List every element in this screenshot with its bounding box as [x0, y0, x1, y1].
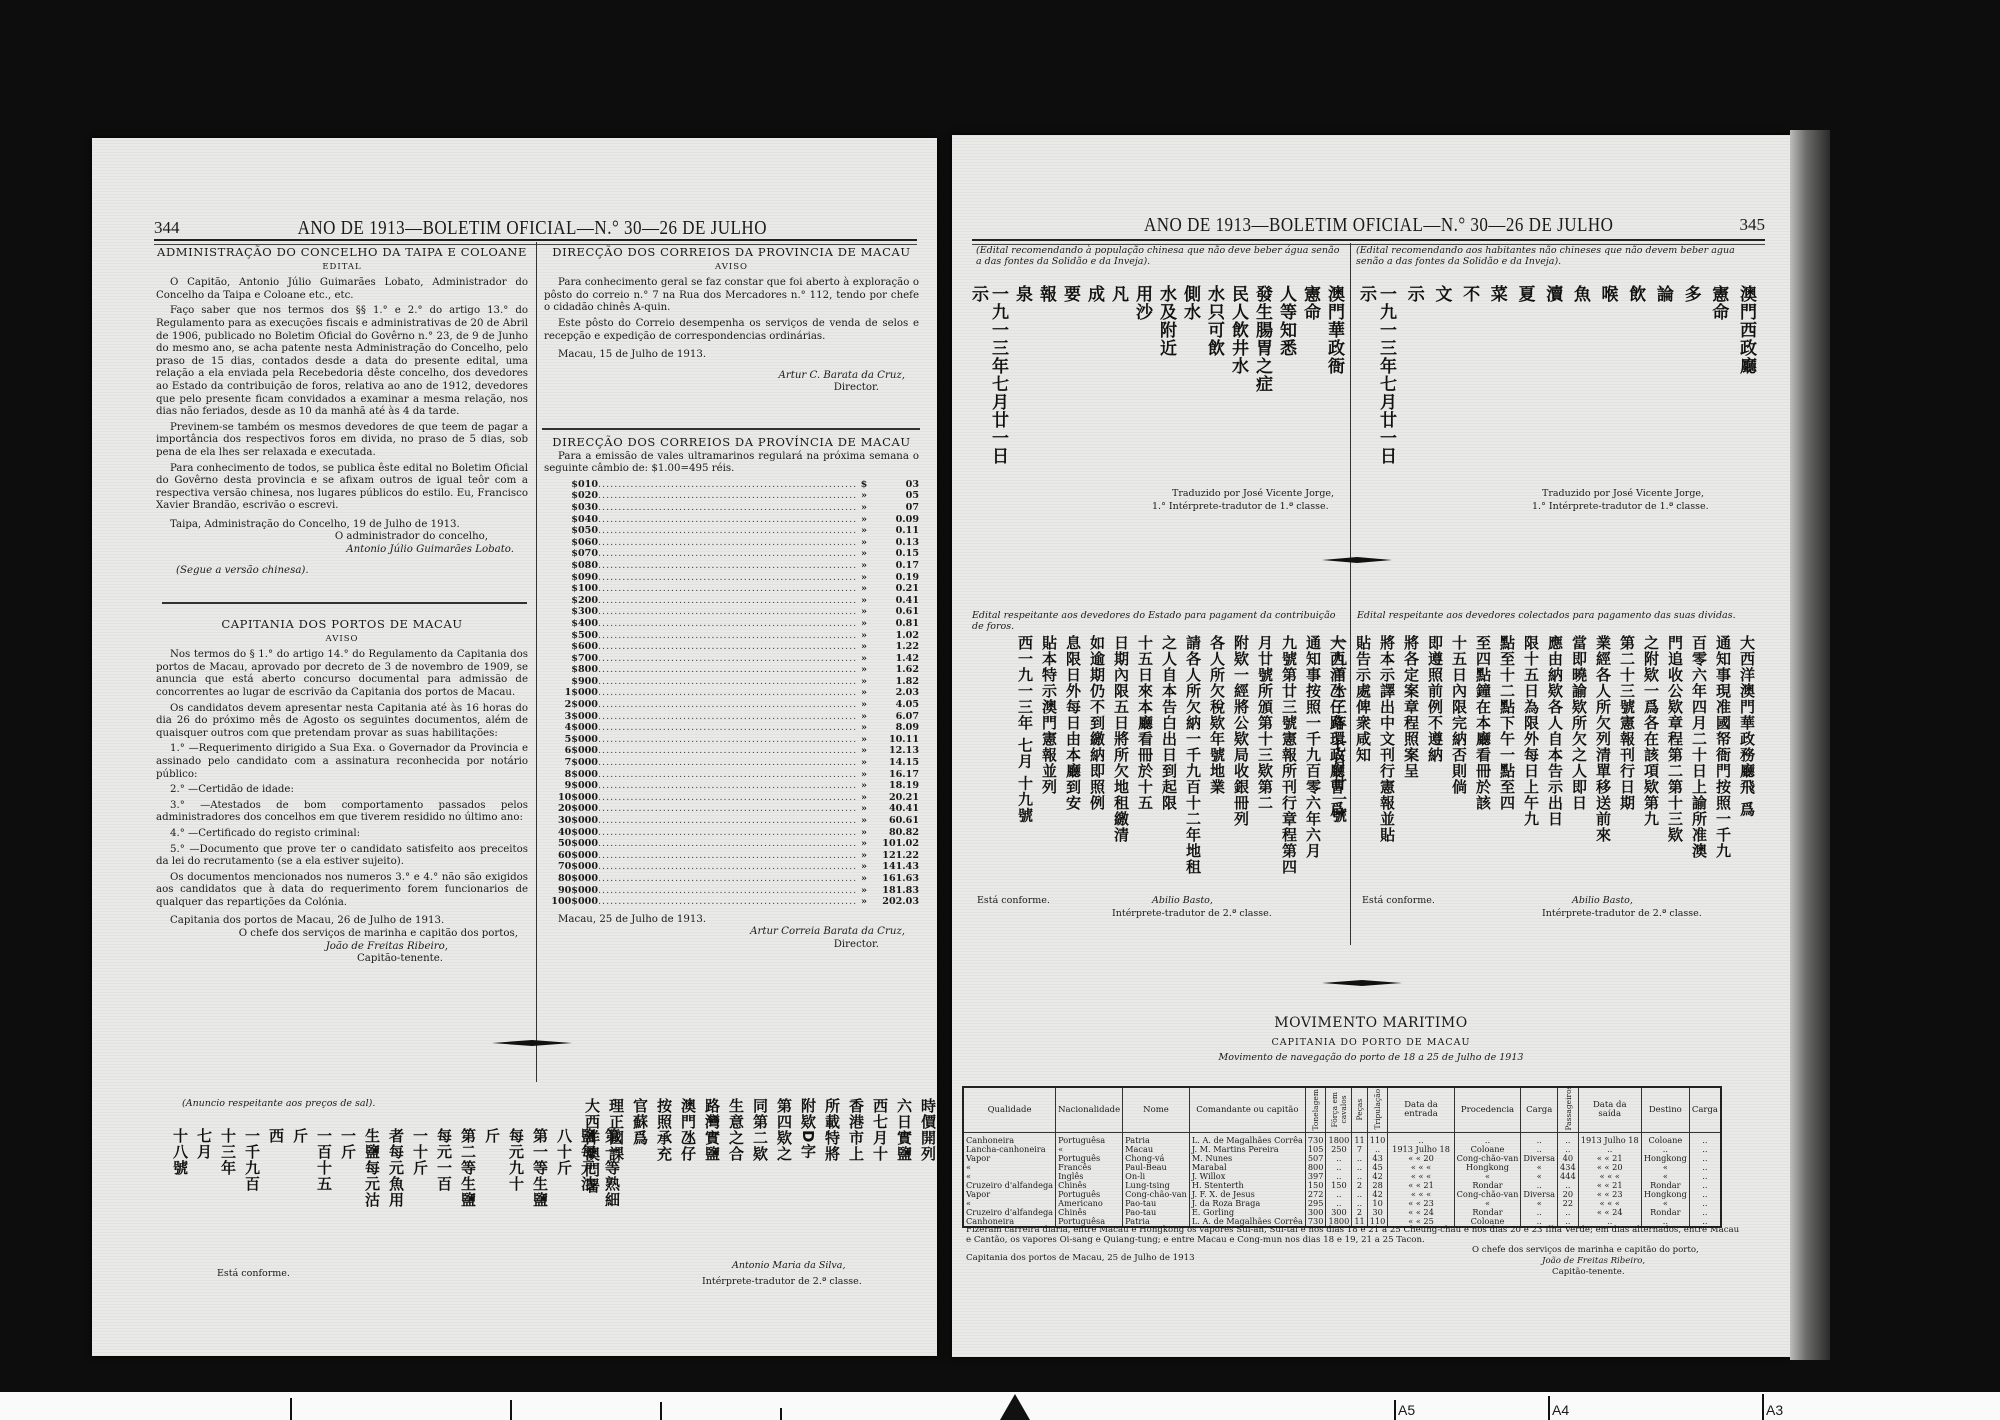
- capitania-heading: CAPITANIA DOS PORTOS DE MACAU: [156, 618, 528, 631]
- capitania-notice: CAPITANIA DOS PORTOS DE MACAU AVISO Nos …: [156, 616, 528, 966]
- chinese-text-column: 通知事按照一千九百零六年六月: [1303, 635, 1323, 885]
- rate-value: 40.41: [871, 803, 919, 815]
- column-header: Destino: [1641, 1087, 1689, 1133]
- signature-title: Intérprete-tradutor de 2.ª classe.: [1542, 908, 1702, 919]
- page-number: 345: [1740, 215, 1766, 235]
- chinese-text-column: 官蘇爲: [630, 1098, 650, 1218]
- currency-mark: »: [857, 896, 871, 908]
- rate-amount: 60$000: [550, 850, 598, 862]
- currency-mark: »: [857, 861, 871, 873]
- chinese-text-column: 大西洋澳門華政務廳飛 爲: [1737, 635, 1757, 885]
- chinese-text-column: 之附欵一爲各在該項欵第九: [1641, 635, 1661, 885]
- rate-value: 1.62: [871, 664, 919, 676]
- chinese-text-column: 澳門華政衙: [1324, 285, 1344, 475]
- currency-mark: »: [857, 699, 871, 711]
- rate-row: $800....................................…: [550, 664, 919, 676]
- chinese-text-column: 第二十三號憲報刊行日期: [1617, 635, 1637, 885]
- chinese-text-column: 鹽每元沽: [578, 1128, 598, 1238]
- tick-mark: [1762, 1394, 1764, 1420]
- maritime-section: MOVIMENTO MARITIMO CAPITANIA DO PORTO DE…: [952, 1015, 1790, 1063]
- currency-mark: »: [857, 502, 871, 514]
- chinese-text-column: 一九百十三年 七月 廿一號: [1329, 635, 1349, 885]
- rate-row: $500....................................…: [550, 630, 919, 642]
- rate-amount: 1$000: [550, 687, 598, 699]
- maritime-subtitle: CAPITANIA DO PORTO DE MACAU: [952, 1037, 1790, 1048]
- chinese-text-column: 瀆: [1542, 285, 1562, 475]
- leader-dots: ........................................…: [598, 583, 857, 595]
- translator-title: 1.° Intérprete-tradutor de 1.ª classe.: [1532, 501, 1709, 512]
- chinese-text-column: 論: [1653, 285, 1673, 475]
- strip-label: A3: [1766, 1402, 1783, 1418]
- chinese-text-column: 一千九百: [242, 1128, 262, 1238]
- list-item: 3.° —Atestados de bom comportamento pass…: [156, 800, 528, 825]
- rate-value: 4.05: [871, 699, 919, 711]
- ornament-divider: [1322, 980, 1402, 986]
- column-header: Data da entrada: [1388, 1087, 1454, 1133]
- left-running-header: 344 ANO DE 1913—BOLETIM OFICIAL—N.° 30—2…: [154, 216, 917, 238]
- chinese-text-column: 文: [1431, 285, 1451, 475]
- signature-title: Intérprete-tradutor de 2.ª classe.: [1112, 908, 1272, 919]
- chinese-text-column: 一百十五: [314, 1128, 334, 1238]
- currency-mark: »: [857, 630, 871, 642]
- chinese-text-column: 凡: [1108, 285, 1128, 475]
- chinese-text-column: 同第二欵: [750, 1098, 770, 1218]
- salt-chinese-left: 第一等熟細鹽每元沽八十斤第一等生鹽每元九十斤第二等生鹽每元一百一十斤者每元魚用生…: [170, 1128, 622, 1238]
- rate-row: $030....................................…: [550, 502, 919, 514]
- currency-mark: »: [857, 722, 871, 734]
- column-header: Passageiros: [1558, 1087, 1579, 1133]
- chinese-text-column: 當即曉諭欵所欠之人即日: [1569, 635, 1589, 885]
- ornament-divider: [1322, 557, 1392, 563]
- currency-mark: »: [857, 490, 871, 502]
- rate-row: 8$000...................................…: [550, 769, 919, 781]
- chinese-text-column: 斤: [290, 1128, 310, 1238]
- rate-row: 70$000..................................…: [550, 861, 919, 873]
- paragraph: Este pôsto do Correio desempenha os serv…: [544, 318, 919, 343]
- chinese-text-column: 路灣實鹽: [702, 1098, 722, 1218]
- currency-mark: »: [857, 792, 871, 804]
- column-header: Carga: [1521, 1087, 1558, 1133]
- translator-credit: Traduzido por José Vicente Jorge,: [1172, 488, 1334, 499]
- rate-value: 0.15: [871, 548, 919, 560]
- currency-mark: »: [857, 873, 871, 885]
- chinese-text-column: 喉: [1598, 285, 1618, 475]
- paragraph: Os candidatos devem apresentar nesta Cap…: [156, 703, 528, 741]
- currency-mark: »: [857, 687, 871, 699]
- currency-mark: »: [857, 664, 871, 676]
- leader-dots: ........................................…: [598, 711, 857, 723]
- water-notice-chinese: 澳門華政衙憲命人等知悉發生腸胃之症民人飲井水水只可飲側水水及附近用沙凡成要報泉一…: [976, 285, 1344, 475]
- rate-row: 6$000...................................…: [550, 745, 919, 757]
- leader-dots: ........................................…: [598, 630, 857, 642]
- currency-mark: »: [857, 537, 871, 549]
- leader-dots: ........................................…: [598, 850, 857, 862]
- conformity-note: Está conforme.: [1362, 895, 1435, 906]
- right-running-header: ANO DE 1913—BOLETIM OFICIAL—N.° 30—26 DE…: [974, 213, 1765, 235]
- rate-amount: $080: [550, 560, 598, 572]
- chinese-text-column: 點至十二點下午一點至四: [1497, 635, 1517, 885]
- column-header: Peças: [1352, 1087, 1367, 1133]
- leader-dots: ........................................…: [598, 479, 857, 491]
- rate-value: 202.03: [871, 896, 919, 908]
- chinese-text-column: 門追收公欵章程第二第十三欵: [1665, 635, 1685, 885]
- chinese-text-column: 如逾期仍不到繳納即照例: [1087, 635, 1107, 885]
- chinese-text-column: 飲: [1625, 285, 1645, 475]
- chinese-text-column: 按照承充: [654, 1098, 674, 1218]
- rate-amount: $500: [550, 630, 598, 642]
- signature-name: João de Freitas Ribeiro,: [156, 941, 448, 954]
- center-marker: [1000, 1394, 1030, 1420]
- rate-value: 16.17: [871, 769, 919, 781]
- chinese-text-column: 第二等生鹽: [458, 1128, 478, 1238]
- section-divider: [162, 602, 527, 604]
- rate-amount: $030: [550, 502, 598, 514]
- rate-value: 181.83: [871, 885, 919, 897]
- rate-row: $010....................................…: [550, 479, 919, 491]
- rate-value: 6.07: [871, 711, 919, 723]
- taipa-heading: ADMINISTRAÇÃO DO CONCELHO DA TAIPA E COL…: [156, 246, 528, 259]
- currency-mark: »: [857, 606, 871, 618]
- chinese-text-column: 不: [1459, 285, 1479, 475]
- leader-dots: ........................................…: [598, 838, 857, 850]
- paragraph: Para conhecimento de todos, se publica ê…: [156, 463, 528, 513]
- chinese-text-column: 十八號: [170, 1128, 190, 1238]
- currency-mark: »: [857, 827, 871, 839]
- column-divider: [1350, 605, 1351, 945]
- currency-mark: »: [857, 560, 871, 572]
- rate-row: $700....................................…: [550, 653, 919, 665]
- leader-dots: ........................................…: [598, 873, 857, 885]
- translator-title: 1.° Intérprete-tradutor de 1.ª classe.: [1152, 501, 1329, 512]
- exchange-intro: Para a emissão de vales ultramarinos reg…: [544, 451, 919, 476]
- chinese-text-column: 每元九十: [506, 1128, 526, 1238]
- rate-row: 2$000...................................…: [550, 699, 919, 711]
- rate-amount: $400: [550, 618, 598, 630]
- rate-row: $050....................................…: [550, 525, 919, 537]
- currency-mark: »: [857, 769, 871, 781]
- currency-mark: »: [857, 583, 871, 595]
- rate-row: 10$000..................................…: [550, 792, 919, 804]
- rate-value: 141.43: [871, 861, 919, 873]
- rate-row: 90$000..................................…: [550, 885, 919, 897]
- rate-row: 50$000..................................…: [550, 838, 919, 850]
- chinese-text-column: 百零六年四月二十日上諭所准澳: [1689, 635, 1709, 885]
- page-number: 344: [154, 218, 180, 238]
- chinese-text-column: 要: [1060, 285, 1080, 475]
- taipa-subheading: EDITAL: [156, 261, 528, 274]
- leader-dots: ........................................…: [598, 514, 857, 526]
- date-line: Capitania dos portos de Macau, 26 de Jul…: [156, 915, 528, 928]
- leader-dots: ........................................…: [598, 815, 857, 827]
- signature-name: Artur Correia Barata da Cruz,: [544, 926, 905, 939]
- chinese-text-column: 至四點鐘在本廳看冊於該: [1473, 635, 1493, 885]
- paragraph: Faço saber que nos termos dos §§ 1.° e 2…: [156, 305, 528, 418]
- column-header: Nacionalidade: [1056, 1087, 1123, 1133]
- chinese-text-column: 人等知悉: [1276, 285, 1296, 475]
- debtors-collected-caption: Edital respeitante aos devedores colecta…: [1357, 610, 1752, 621]
- currency-mark: »: [857, 815, 871, 827]
- column-header: Qualidade: [963, 1087, 1056, 1133]
- signature-name: Antonio Maria da Silva,: [732, 1260, 845, 1271]
- leader-dots: ........................................…: [598, 618, 857, 630]
- rate-value: 0.11: [871, 525, 919, 537]
- signature-title: Director.: [544, 939, 879, 952]
- currency-mark: »: [857, 514, 871, 526]
- leader-dots: ........................................…: [598, 827, 857, 839]
- rate-value: 2.03: [871, 687, 919, 699]
- rate-value: 0.09: [871, 514, 919, 526]
- leader-dots: ........................................…: [598, 722, 857, 734]
- water-notice-caption: (Edital recomendando à população chinesa…: [976, 245, 1344, 267]
- rate-value: 101.02: [871, 838, 919, 850]
- column-divider: [1350, 243, 1351, 653]
- list-item: 1.° —Requerimento dirigido a Sua Exa. o …: [156, 743, 528, 781]
- rate-value: 1.02: [871, 630, 919, 642]
- currency-mark: »: [857, 641, 871, 653]
- chinese-text-column: 附欵D字: [798, 1098, 818, 1218]
- date-line: Taipa, Administração do Concelho, 19 de …: [156, 519, 528, 532]
- water-notice-caption: (Edital recomendando aos habitantes não …: [1356, 245, 1756, 267]
- leader-dots: ........................................…: [598, 769, 857, 781]
- signature-name: João de Freitas Ribeiro,: [1542, 1256, 1645, 1267]
- paragraph: Previnem-se também os mesmos devedores d…: [156, 422, 528, 460]
- table-cell: «: [963, 1163, 1056, 1172]
- leader-dots: ........................................…: [598, 653, 857, 665]
- chinese-text-column: 之人自本告白出日到起限: [1159, 635, 1179, 885]
- rate-amount: 8$000: [550, 769, 598, 781]
- paragraph: Nos termos do § 1.° do artigo 14.° do Re…: [156, 649, 528, 699]
- currency-mark: »: [857, 572, 871, 584]
- rate-row: 20$000..................................…: [550, 803, 919, 815]
- leader-dots: ........................................…: [598, 572, 857, 584]
- chinese-text-column: 貼本特示澳門憲報並列: [1039, 635, 1059, 885]
- rate-row: 5$000...................................…: [550, 734, 919, 746]
- follows-note: (Segue a versão chinesa).: [176, 565, 528, 578]
- chinese-text-column: 水及附近: [1156, 285, 1176, 475]
- rate-row: 7$000...................................…: [550, 757, 919, 769]
- chinese-text-column: 西: [266, 1128, 286, 1238]
- rate-row: $300....................................…: [550, 606, 919, 618]
- currency-mark: »: [857, 757, 871, 769]
- chinese-text-column: 請各人所欠納一千九百十二年地租: [1183, 635, 1203, 885]
- chinese-text-column: 澳門氹仔: [678, 1098, 698, 1218]
- correios-notice-2: DIRECÇÃO DOS CORREIOS DA PROVÍNCIA DE MA…: [544, 434, 919, 952]
- table-cell: Portuguêsa: [1056, 1133, 1123, 1146]
- signature-name: Antonio Júlio Guimarães Lobato.: [156, 544, 514, 557]
- debtors-collected-chinese: 大西洋澳門華政務廳飛 爲通知事現准國帑衙門按照一千九百零六年四月二十日上諭所准澳…: [1357, 635, 1757, 885]
- leader-dots: ........................................…: [598, 502, 857, 514]
- leader-dots: ........................................…: [598, 641, 857, 653]
- rate-row: $080....................................…: [550, 560, 919, 572]
- leader-dots: ........................................…: [598, 792, 857, 804]
- currency-mark: »: [857, 734, 871, 746]
- water-notice-chinese: 澳門西政廳憲命多論飲喉魚瀆夏菜不文示一九一三年七月廿一日示: [1356, 285, 1756, 475]
- tick-mark: [510, 1400, 512, 1420]
- currency-mark: »: [857, 618, 871, 630]
- debtors-state-chinese: 大西洋氹仔路環政廳曹 爲通知事按照一千九百零六年六月九號第廿三號憲報所刊行章程第…: [972, 635, 1347, 885]
- rate-value: 161.63: [871, 873, 919, 885]
- column-header: Fôrça em cavalos: [1326, 1087, 1352, 1133]
- rate-value: 0.13: [871, 537, 919, 549]
- rate-amount: $600: [550, 641, 598, 653]
- chinese-text-column: 通知事現准國帑衙門按照一千九: [1713, 635, 1733, 885]
- rate-amount: 20$000: [550, 803, 598, 815]
- rate-value: 10.11: [871, 734, 919, 746]
- capitania-subheading: AVISO: [156, 633, 528, 646]
- list-item: 5.° —Documento que prove ter o candidato…: [156, 844, 528, 869]
- currency-mark: »: [857, 838, 871, 850]
- signature-name: Abilio Basto,: [1152, 895, 1213, 906]
- rate-amount: 10$000: [550, 792, 598, 804]
- leader-dots: ........................................…: [598, 687, 857, 699]
- table-cell: Vapor: [963, 1190, 1056, 1199]
- chinese-text-column: 十五日來本廳看冊於十五: [1135, 635, 1155, 885]
- correios-subheading: AVISO: [544, 261, 919, 274]
- chinese-text-column: 菜: [1487, 285, 1507, 475]
- rate-amount: $200: [550, 595, 598, 607]
- rate-row: 100$000.................................…: [550, 896, 919, 908]
- rate-value: 1.82: [871, 676, 919, 688]
- correios-notice-1: DIRECÇÃO DOS CORREIOS DA PROVINCIA DE MA…: [544, 244, 919, 395]
- rate-value: 0.17: [871, 560, 919, 572]
- rate-row: $600....................................…: [550, 641, 919, 653]
- tick-mark: [1394, 1400, 1396, 1420]
- leader-dots: ........................................…: [598, 525, 857, 537]
- rate-value: 14.15: [871, 757, 919, 769]
- chinese-text-column: 西一九一三年 七月 十九號: [1015, 635, 1035, 885]
- left-page: 344 ANO DE 1913—BOLETIM OFICIAL—N.° 30—2…: [92, 138, 937, 1356]
- leader-dots: ........................................…: [598, 757, 857, 769]
- chinese-text-column: 十五日內限完納否則倘: [1449, 635, 1469, 885]
- leader-dots: ........................................…: [598, 560, 857, 572]
- rate-value: 121.22: [871, 850, 919, 862]
- column-header: Data da saída: [1578, 1087, 1641, 1133]
- column-header: Tripulação: [1367, 1087, 1388, 1133]
- rate-amount: $100: [550, 583, 598, 595]
- chinese-text-column: 各人所欠稅欵年號地業: [1207, 635, 1227, 885]
- column-divider: [536, 242, 537, 1082]
- rate-amount: 3$000: [550, 711, 598, 723]
- rate-row: $090....................................…: [550, 572, 919, 584]
- rate-amount: $300: [550, 606, 598, 618]
- chinese-text-column: 日期內限五日將所欠地租繳清: [1111, 635, 1131, 885]
- chinese-text-column: 業經各人所欠列清單移送前來: [1593, 635, 1613, 885]
- rate-row: $020....................................…: [550, 490, 919, 502]
- column-header: Procedencia: [1454, 1087, 1521, 1133]
- leader-dots: ........................................…: [598, 606, 857, 618]
- exchange-rate-table: $010....................................…: [544, 479, 919, 908]
- chinese-text-column: 魚: [1570, 285, 1590, 475]
- conformity-note: Está conforme.: [217, 1268, 290, 1279]
- currency-mark: »: [857, 711, 871, 723]
- signature-title: O chefe dos serviços de marinha e capitã…: [1472, 1245, 1699, 1256]
- maritime-caption: Movimento de navegação do porto de 18 a …: [952, 1052, 1790, 1063]
- translator-credit: Traduzido por José Vicente Jorge,: [1542, 488, 1704, 499]
- rate-row: $070....................................…: [550, 548, 919, 560]
- rate-amount: 7$000: [550, 757, 598, 769]
- leader-dots: ........................................…: [598, 490, 857, 502]
- chinese-text-column: 即遵照前例不遵納: [1425, 635, 1445, 885]
- maritime-footnote: Fizeram carreira diaria, entre Macau e H…: [966, 1225, 1746, 1245]
- currency-mark: »: [857, 850, 871, 862]
- column-header: Tonelagem: [1305, 1087, 1326, 1133]
- rate-amount: $020: [550, 490, 598, 502]
- section-divider: [542, 428, 920, 430]
- rate-amount: $010: [550, 479, 598, 491]
- rate-row: 30$000..................................…: [550, 815, 919, 827]
- salt-chinese-right: 知悉於後俾衆時價開列六日實鹽西七月十香港市上所載特將附欵D字第四欵之同第二欵生意…: [582, 1098, 937, 1218]
- rate-value: 18.19: [871, 780, 919, 792]
- currency-mark: »: [857, 595, 871, 607]
- rate-amount: $060: [550, 537, 598, 549]
- chinese-text-column: 應由納欵各人自本告示出日: [1545, 635, 1565, 885]
- chinese-text-column: 憲命: [1708, 285, 1728, 475]
- rate-row: 4$000...................................…: [550, 722, 919, 734]
- rate-value: 20.21: [871, 792, 919, 804]
- chinese-text-column: 西七月十: [870, 1098, 890, 1218]
- leader-dots: ........................................…: [598, 885, 857, 897]
- leader-dots: ........................................…: [598, 595, 857, 607]
- currency-mark: »: [857, 803, 871, 815]
- rate-amount: $090: [550, 572, 598, 584]
- chinese-text-column: 限十五日為限外每日上午九: [1521, 635, 1541, 885]
- salt-notice-caption: (Anuncio respeitante aos preços de sal).: [182, 1098, 375, 1109]
- strip-label: A4: [1552, 1402, 1569, 1418]
- chinese-text-column: 水只可飲: [1204, 285, 1224, 475]
- table-cell: Vapor: [963, 1154, 1056, 1163]
- signature-title: O chefe dos serviços de marinha e capitã…: [156, 928, 518, 941]
- currency-mark: »: [857, 653, 871, 665]
- chinese-text-column: 成: [1084, 285, 1104, 475]
- chinese-text-column: 第一等熟細: [602, 1128, 622, 1238]
- rate-row: 3$000...................................…: [550, 711, 919, 723]
- signature-rank: Capitão-tenente.: [1552, 1267, 1625, 1278]
- debtors-state-caption: Edital respeitante aos devedores do Esta…: [972, 610, 1342, 632]
- chinese-text-column: 憲命: [1300, 285, 1320, 475]
- rate-amount: 30$000: [550, 815, 598, 827]
- currency-mark: »: [857, 885, 871, 897]
- currency-mark: »: [857, 548, 871, 560]
- currency-mark: »: [857, 676, 871, 688]
- tick-mark: [660, 1402, 662, 1420]
- chinese-text-column: 澳門西政廳: [1736, 285, 1756, 475]
- rate-value: 8.09: [871, 722, 919, 734]
- leader-dots: ........................................…: [598, 699, 857, 711]
- currency-mark: »: [857, 780, 871, 792]
- leader-dots: ........................................…: [598, 537, 857, 549]
- rate-row: 9$000...................................…: [550, 780, 919, 792]
- rate-row: 80$000..................................…: [550, 873, 919, 885]
- rate-amount: 6$000: [550, 745, 598, 757]
- rate-amount: 50$000: [550, 838, 598, 850]
- chinese-text-column: 月廿號所頒第十三欵第二: [1255, 635, 1275, 885]
- paragraph: O Capitão, Antonio Júlio Guimarães Lobat…: [156, 277, 528, 302]
- leader-dots: ........................................…: [598, 861, 857, 873]
- signature-name: Artur C. Barata da Cruz,: [544, 370, 905, 383]
- rate-row: $040....................................…: [550, 514, 919, 526]
- chinese-text-column: 生鹽每元沽: [362, 1128, 382, 1238]
- rate-amount: 40$000: [550, 827, 598, 839]
- chinese-text-column: 一十斤: [410, 1128, 430, 1238]
- rate-value: 0.61: [871, 606, 919, 618]
- rate-amount: $040: [550, 514, 598, 526]
- paragraph: Para conhecimento geral se faz constar q…: [544, 277, 919, 315]
- rate-row: $060....................................…: [550, 537, 919, 549]
- signature-name: Abilio Basto,: [1572, 895, 1633, 906]
- chinese-text-column: 多: [1681, 285, 1701, 475]
- date-line: Macau, 25 de Julho de 1913.: [544, 914, 919, 927]
- rate-value: 1.42: [871, 653, 919, 665]
